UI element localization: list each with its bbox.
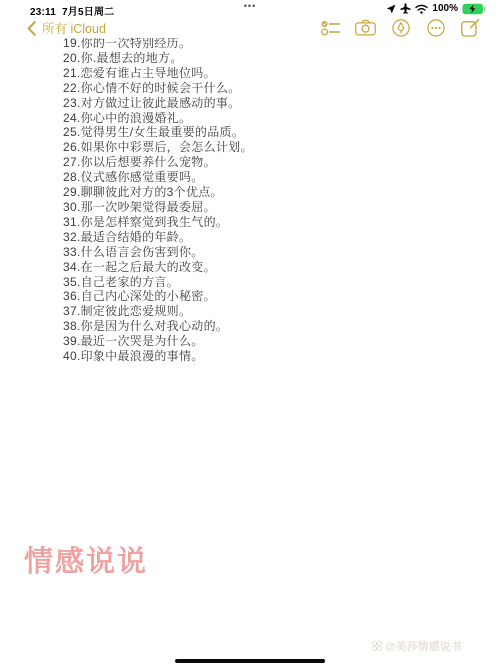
note-line: 31.你是怎样察觉到我生气的。 xyxy=(63,215,480,230)
markup-icon[interactable] xyxy=(390,18,411,37)
notes-app-screen: 23:117月5日周二 ••• 100% xyxy=(0,0,500,667)
back-button[interactable]: 所有 iCloud xyxy=(27,19,106,37)
note-line: 22.你心情不好的时候会干什么。 xyxy=(63,81,480,96)
location-icon xyxy=(386,4,396,14)
status-bar: 23:117月5日周二 ••• 100% xyxy=(0,0,500,17)
note-editor[interactable]: 19.你的一次特别经历。 20.你.最想去的地方。 21.恋爱有谁占主导地位吗。… xyxy=(63,36,480,364)
checklist-icon[interactable] xyxy=(320,18,341,37)
battery-charging-icon xyxy=(462,3,486,15)
credit-watermark: @美莎情感说书 xyxy=(371,638,462,654)
note-line: 37.制定彼此恋爱规则。 xyxy=(63,304,480,319)
note-line: 32.最适合结婚的年龄。 xyxy=(63,230,480,245)
watermark-text: 情感说说 xyxy=(24,539,148,580)
note-line: 40.印象中最浪漫的事情。 xyxy=(63,349,480,364)
note-line: 24.你心中的浪漫婚礼。 xyxy=(63,111,480,126)
note-line: 26.如果你中彩票后，会怎么计划。 xyxy=(63,140,480,155)
note-line: 29.聊聊彼此对方的3个优点。 xyxy=(63,185,480,200)
status-icons: 100% xyxy=(386,2,486,15)
chevron-left-icon xyxy=(27,21,36,36)
note-line: 38.你是因为什么对我心动的。 xyxy=(63,319,480,334)
note-line: 35.自己老家的方言。 xyxy=(63,275,480,290)
camera-icon[interactable] xyxy=(355,18,376,37)
credit-text: @美莎情感说书 xyxy=(385,638,462,654)
airplane-icon xyxy=(400,3,411,14)
note-line: 28.仪式感你感觉重要吗。 xyxy=(63,170,480,185)
battery-percent: 100% xyxy=(432,3,458,14)
note-line: 21.恋爱有谁占主导地位吗。 xyxy=(63,66,480,81)
more-icon[interactable] xyxy=(425,18,446,37)
note-line: 36.自己内心深处的小秘密。 xyxy=(63,289,480,304)
toolbar xyxy=(320,18,481,37)
note-line: 33.什么语言会伤害到你。 xyxy=(63,245,480,260)
wifi-icon xyxy=(415,4,428,14)
note-line: 20.你.最想去的地方。 xyxy=(63,51,480,66)
note-line: 25.觉得男生/女生最重要的品质。 xyxy=(63,125,480,140)
note-line: 30.那一次吵架觉得最委屈。 xyxy=(63,200,480,215)
note-line: 23.对方做过让彼此最感动的事。 xyxy=(63,96,480,111)
compose-icon[interactable] xyxy=(460,18,481,37)
home-indicator[interactable] xyxy=(175,659,325,664)
nav-bar: 所有 iCloud xyxy=(0,17,500,38)
note-line: 27.你以后想要养什么宠物。 xyxy=(63,155,480,170)
back-label: 所有 iCloud xyxy=(42,19,106,37)
note-line: 39.最近一次哭是为什么。 xyxy=(63,334,480,349)
note-line: 19.你的一次特别经历。 xyxy=(63,36,480,51)
note-line: 34.在一起之后最大的改变。 xyxy=(63,260,480,275)
clover-logo-icon xyxy=(371,640,383,652)
